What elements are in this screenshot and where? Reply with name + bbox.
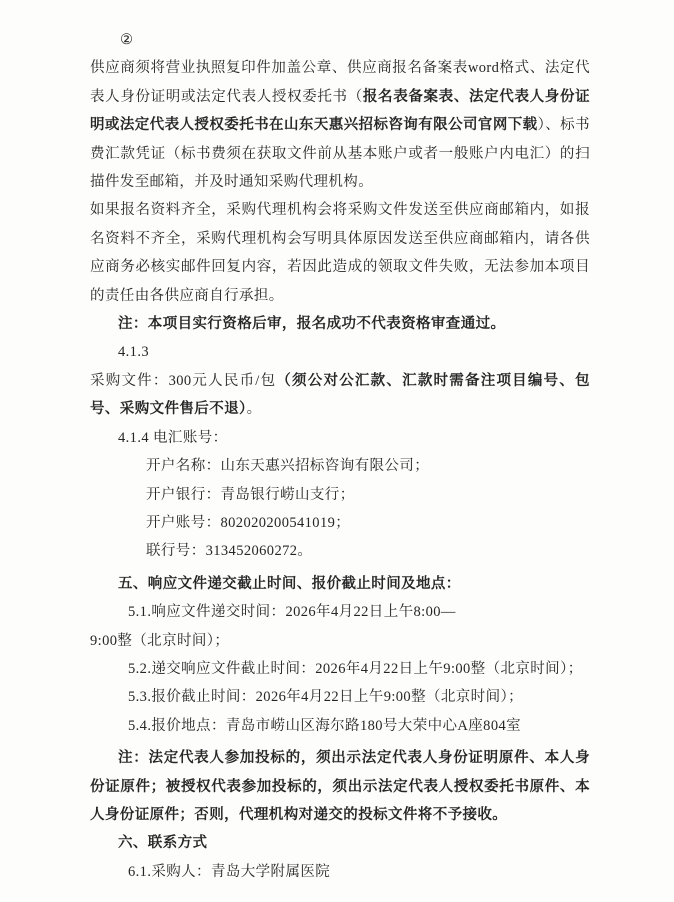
text-run: 。 bbox=[247, 401, 262, 417]
paragraph-registration-reply: 如果报名资料齐全，采购代理机构会将采购文件发送至供应商邮箱内，如报名资料不齐全，… bbox=[90, 196, 590, 310]
paragraph-document-fee: 采购文件：300元人民币/包（须公对公汇款、汇款时需备注项目编号、包号、采购文件… bbox=[90, 367, 590, 424]
item-5-3-quote-deadline: 5.3.报价截止时间：2026年4月22日上午9:00整（北京时间）； bbox=[90, 683, 590, 711]
document-page: ② 供应商须将营业执照复印件加盖公章、供应商报名备案表word格式、法定代表人身… bbox=[0, 0, 674, 902]
section6-heading: 六、联系方式 bbox=[90, 829, 590, 857]
list-item-marker: ② bbox=[90, 26, 590, 54]
bank-branch-code: 联行号：313452060272。 bbox=[90, 537, 590, 565]
clause-4-1-4-wire-account: 4.1.4 电汇账号： bbox=[90, 424, 590, 452]
bank-account-number: 开户账号：802020200541019； bbox=[90, 509, 590, 537]
item-5-2-deadline: 5.2.递交响应文件截止时间：2026年4月22日上午9:00整（北京时间）； bbox=[90, 655, 590, 683]
clause-number-4-1-3: 4.1.3 bbox=[90, 338, 590, 366]
item-6-1-purchaser: 6.1.采购人：青岛大学附属医院 bbox=[90, 858, 590, 886]
note-representative-attendance: 注：法定代表人参加投标的，须出示法定代表人身份证明原件、本人身份证原件；被授权代… bbox=[90, 744, 590, 829]
paragraph-submission-requirements: 供应商须将营业执照复印件加盖公章、供应商报名备案表word格式、法定代表人身份证… bbox=[90, 54, 590, 196]
section5-heading: 五、响应文件递交截止时间、报价截止时间及地点： bbox=[90, 570, 590, 598]
bank-name: 开户银行：青岛银行崂山支行； bbox=[90, 481, 590, 509]
note-qualification-review: 注：本项目实行资格后审，报名成功不代表资格审查通过。 bbox=[90, 310, 590, 338]
item-5-1-submission-time-line2: 9:00整（北京时间）； bbox=[90, 627, 590, 655]
bank-account-name: 开户名称：山东天惠兴招标咨询有限公司； bbox=[90, 452, 590, 480]
item-5-4-quote-location: 5.4.报价地点：青岛市崂山区海尔路180号大荣中心A座804室 bbox=[90, 712, 590, 740]
item-5-1-submission-time-line1: 5.1.响应文件递交时间：2026年4月22日上午8:00— bbox=[90, 598, 590, 626]
text-run: 采购文件：300元人民币/包 bbox=[90, 373, 276, 389]
